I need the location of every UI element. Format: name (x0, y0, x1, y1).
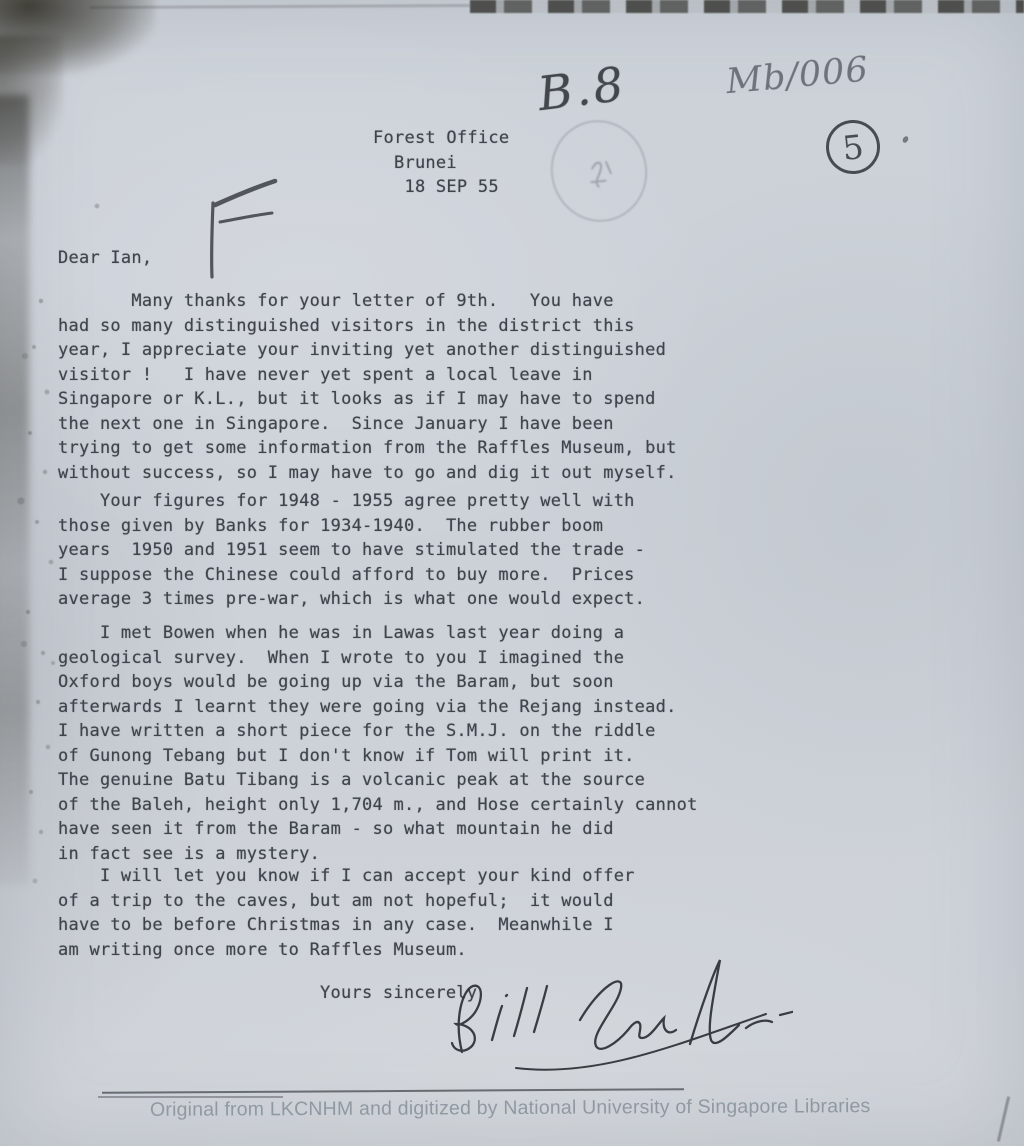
scan-streak-left-edge (0, 95, 29, 885)
digitization-credit: Original from LKCNHM and digitized by Na… (150, 1095, 871, 1122)
scanned-letter-page: B.8 Mb/006 5 Forest Office Brunei 18 SEP… (0, 0, 1024, 1146)
scan-speckles (0, 0, 2, 2)
circled-page-number: 5 (823, 117, 882, 176)
pencil-f-mark (193, 168, 288, 293)
paragraph-3: I met Bowen when he was in Lawas last ye… (58, 621, 698, 866)
paragraph-2: Your figures for 1948 - 1955 agree prett… (58, 489, 645, 612)
footer-divider (102, 1088, 684, 1094)
signature-bill-smythies (428, 958, 793, 1083)
page-number-text: 5 (841, 127, 866, 168)
paragraph-4: I will let you know if I can accept your… (58, 864, 635, 962)
handwritten-code: B.8 (535, 57, 629, 122)
salutation: Dear Ian, (58, 246, 152, 271)
paragraph-1: Many thanks for your letter of 9th. You … (58, 289, 677, 485)
handwritten-file-reference: Mb/006 (725, 50, 871, 102)
scan-edge-top-band (470, 0, 1024, 13)
footer-divider-secondary (98, 1096, 283, 1098)
scan-mark-bottom-right (997, 1096, 1010, 1141)
letterhead: Forest Office Brunei 18 SEP 55 (373, 126, 509, 200)
faint-oval-stamp (540, 110, 658, 232)
ink-dot (902, 135, 910, 144)
stamp-squiggle (543, 112, 656, 229)
